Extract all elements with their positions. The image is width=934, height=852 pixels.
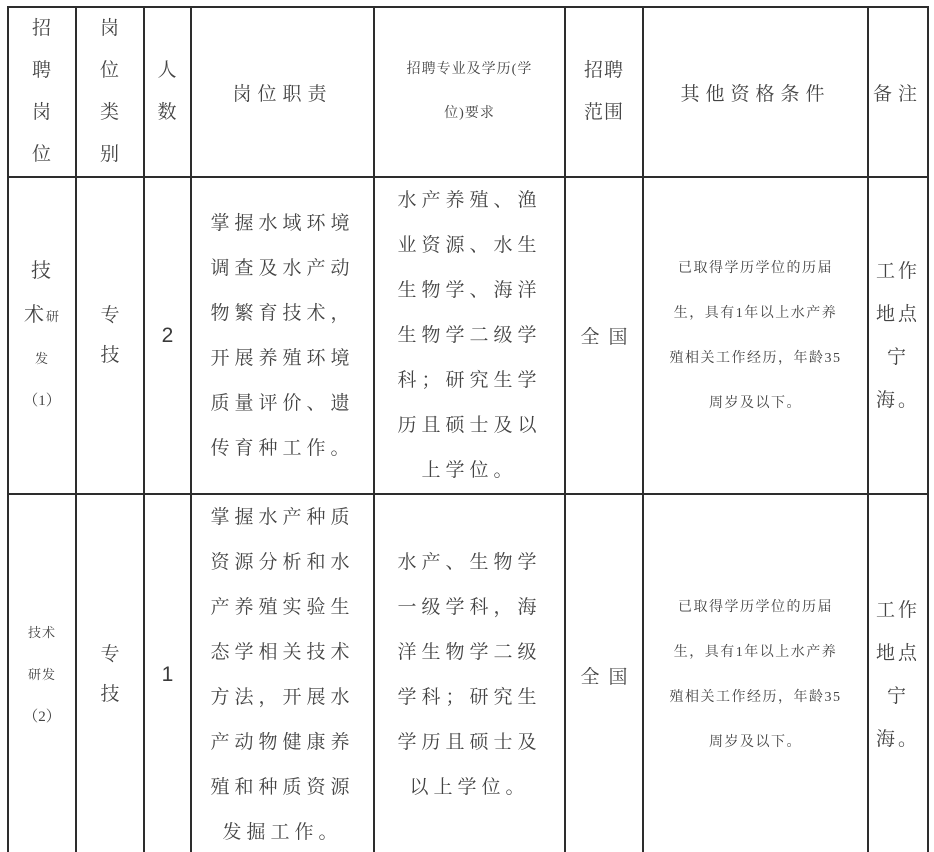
cell-category: 专 技 [76,177,144,494]
cell-other-qualifications: 已取得学历学位的历届 生，具有1年以上水产养 殖相关工作经历，年龄35 周岁及以… [643,494,868,852]
table-row: 技 术研 发 （1） 专 技 2 掌握水域环境 调查及水产动 物繁育技术， 开展… [8,177,928,494]
cell-category: 专 技 [76,494,144,852]
cell-remarks: 工作 地点 宁 海。 [868,494,928,852]
header-cell-headcount: 人 数 [144,7,191,177]
position-text: 发 [35,351,49,366]
cell-other-qualifications: 已取得学历学位的历届 生，具有1年以上水产养 殖相关工作经历，年龄35 周岁及以… [643,177,868,494]
table-row: 技术 研发 （2） 专 技 1 掌握水产种质 资源分析和水 产养殖实验生 态学相… [8,494,928,852]
cell-position: 技 术研 发 （1） [8,177,76,494]
recruitment-table: 招 聘 岗 位 岗 位 类 别 人 数 岗位职责 招聘专业及学历(学 位)要求 … [7,6,929,852]
position-text: 技术 [28,625,56,640]
header-row: 招 聘 岗 位 岗 位 类 别 人 数 岗位职责 招聘专业及学历(学 位)要求 … [8,7,928,177]
position-index: （2） [23,709,61,725]
cell-headcount: 1 [144,494,191,852]
position-text: 研发 [28,667,56,682]
header-cell-major-requirements: 招聘专业及学历(学 位)要求 [374,7,565,177]
header-cell-position: 招 聘 岗 位 [8,7,76,177]
cell-headcount: 2 [144,177,191,494]
position-text: 研 [46,309,60,324]
cell-duties: 掌握水产种质 资源分析和水 产养殖实验生 态学相关技术 方法，开展水 产动物健康… [191,494,374,852]
position-text: 技 [31,260,53,282]
position-text: 术 [24,304,46,326]
header-cell-duties: 岗位职责 [191,7,374,177]
cell-remarks: 工作 地点 宁 海。 [868,177,928,494]
header-cell-other-qualifications: 其他资格条件 [643,7,868,177]
cell-major-requirements: 水产养殖、渔 业资源、水生 生物学、海洋 生物学二级学 科；研究生学 历且硕士及… [374,177,565,494]
header-cell-remarks: 备注 [868,7,928,177]
cell-scope: 全国 [565,494,643,852]
cell-scope: 全国 [565,177,643,494]
header-cell-category: 岗 位 类 别 [76,7,144,177]
cell-duties: 掌握水域环境 调查及水产动 物繁育技术， 开展养殖环境 质量评价、遗 传育种工作… [191,177,374,494]
header-cell-scope: 招聘 范围 [565,7,643,177]
cell-position: 技术 研发 （2） [8,494,76,852]
position-index: （1） [23,393,61,409]
cell-major-requirements: 水产、生物学 一级学科，海 洋生物学二级 学科；研究生 学历且硕士及 以上学位。 [374,494,565,852]
